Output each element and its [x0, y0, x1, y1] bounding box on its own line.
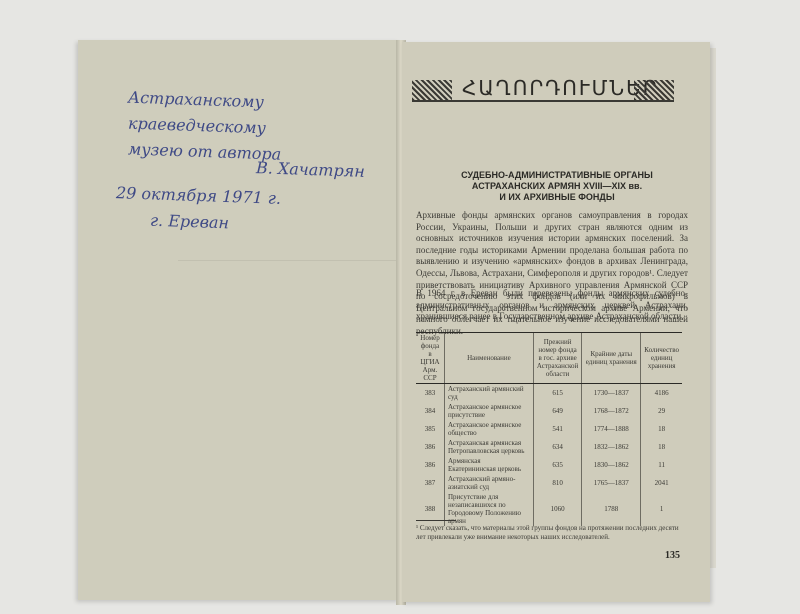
cell-name: Присутствие для незаписавшихся по Городо…	[445, 492, 534, 526]
cell-fond: 385	[416, 420, 445, 438]
article-title-line-2: АСТРАХАНСКИХ АРМЯН XVIII—XIX вв.	[422, 181, 692, 192]
page-number: 135	[665, 550, 680, 561]
col-units: Количество единиц хранения	[641, 333, 682, 384]
col-fond-number: Номер фонда в ЦГИА Арм. ССР	[416, 333, 445, 384]
cell-former: 541	[533, 420, 581, 438]
cell-fond: 386	[416, 456, 445, 474]
article-title-line-1: СУДЕБНО-АДМИНИСТРАТИВНЫЕ ОРГАНЫ	[422, 170, 692, 181]
cell-name: Астраханский армяно-азиатский суд	[445, 474, 534, 492]
cell-name: Астраханское армянское присутствие	[445, 402, 534, 420]
cell-units: 11	[641, 456, 682, 474]
cell-former: 634	[533, 438, 581, 456]
cell-former: 649	[533, 402, 581, 420]
cell-fond: 383	[416, 384, 445, 403]
cell-dates: 1832—1862	[582, 438, 641, 456]
cell-dates: 1765—1837	[582, 474, 641, 492]
signature: В. Хачатрян	[256, 158, 366, 181]
cell-former: 1060	[533, 492, 581, 526]
cell-dates: 1768—1872	[582, 402, 641, 420]
cell-name: Армянская Екатерининская церковь	[445, 456, 534, 474]
cell-name: Астраханское армянское общество	[445, 420, 534, 438]
table-row: 385 Астраханское армянское общество 541 …	[416, 420, 682, 438]
archive-fonds-table: Номер фонда в ЦГИА Арм. ССР Наименование…	[416, 332, 682, 526]
table-row: 383 Астраханский армянский суд 615 1730—…	[416, 384, 682, 403]
section-header-title: ՀԱՂՈՐԴՈՒՄՆԵՐ	[462, 76, 622, 100]
cell-former: 635	[533, 456, 581, 474]
article-title-line-3: И ИХ АРХИВНЫЕ ФОНДЫ	[422, 192, 692, 203]
table-row: 387 Астраханский армяно-азиатский суд 81…	[416, 474, 682, 492]
table-row: 384 Астраханское армянское присутствие 6…	[416, 402, 682, 420]
cell-former: 810	[533, 474, 581, 492]
handwritten-line-1: Астраханскому	[128, 88, 264, 112]
cell-dates: 1774—1888	[582, 420, 641, 438]
cell-units: 1	[641, 492, 682, 526]
table-header-row: Номер фонда в ЦГИА Арм. ССР Наименование…	[416, 333, 682, 384]
section-header: ՀԱՂՈՐԴՈՒՄՆԵՐ	[412, 76, 664, 106]
cell-fond: 387	[416, 474, 445, 492]
left-page: Астраханскому краеведческому музею от ав…	[78, 40, 400, 600]
footnote-rule	[416, 520, 456, 521]
col-dates: Крайние даты единиц хранения	[582, 333, 641, 384]
cell-units: 4186	[641, 384, 682, 403]
cell-fond: 386	[416, 438, 445, 456]
header-rule	[412, 100, 674, 102]
cell-dates: 1830—1862	[582, 456, 641, 474]
handwritten-place: г. Ереван	[150, 211, 230, 233]
table-row: 386 Астраханская армянская Петропавловск…	[416, 438, 682, 456]
decorative-hatch-right	[634, 80, 674, 100]
cell-units: 18	[641, 438, 682, 456]
handwritten-line-2: краеведческому	[128, 114, 266, 138]
cell-name: Астраханская армянская Петропавловская ц…	[445, 438, 534, 456]
footnote: ¹ Следует сказать, что материалы этой гр…	[416, 524, 688, 542]
cell-units: 2041	[641, 474, 682, 492]
col-former-number: Прежний номер фонда в гос. архиве Астрах…	[533, 333, 581, 384]
paragraph-2: В 1964 г. в Ереван были перевезены фонды…	[416, 288, 688, 323]
cell-name: Астраханский армянский суд	[445, 384, 534, 403]
table-row: 386 Армянская Екатерининская церковь 635…	[416, 456, 682, 474]
cell-units: 18	[641, 420, 682, 438]
article-title: СУДЕБНО-АДМИНИСТРАТИВНЫЕ ОРГАНЫ АСТРАХАН…	[422, 170, 692, 203]
cell-dates: 1730—1837	[582, 384, 641, 403]
cell-dates: 1788	[582, 492, 641, 526]
col-name: Наименование	[445, 333, 534, 384]
cell-fond: 384	[416, 402, 445, 420]
right-page: ՀԱՂՈՐԴՈՒՄՆԵՐ СУДЕБНО-АДМИНИСТРАТИВНЫЕ ОР…	[402, 42, 710, 602]
cell-units: 29	[641, 402, 682, 420]
decorative-hatch-left	[412, 80, 452, 100]
cell-former: 615	[533, 384, 581, 403]
